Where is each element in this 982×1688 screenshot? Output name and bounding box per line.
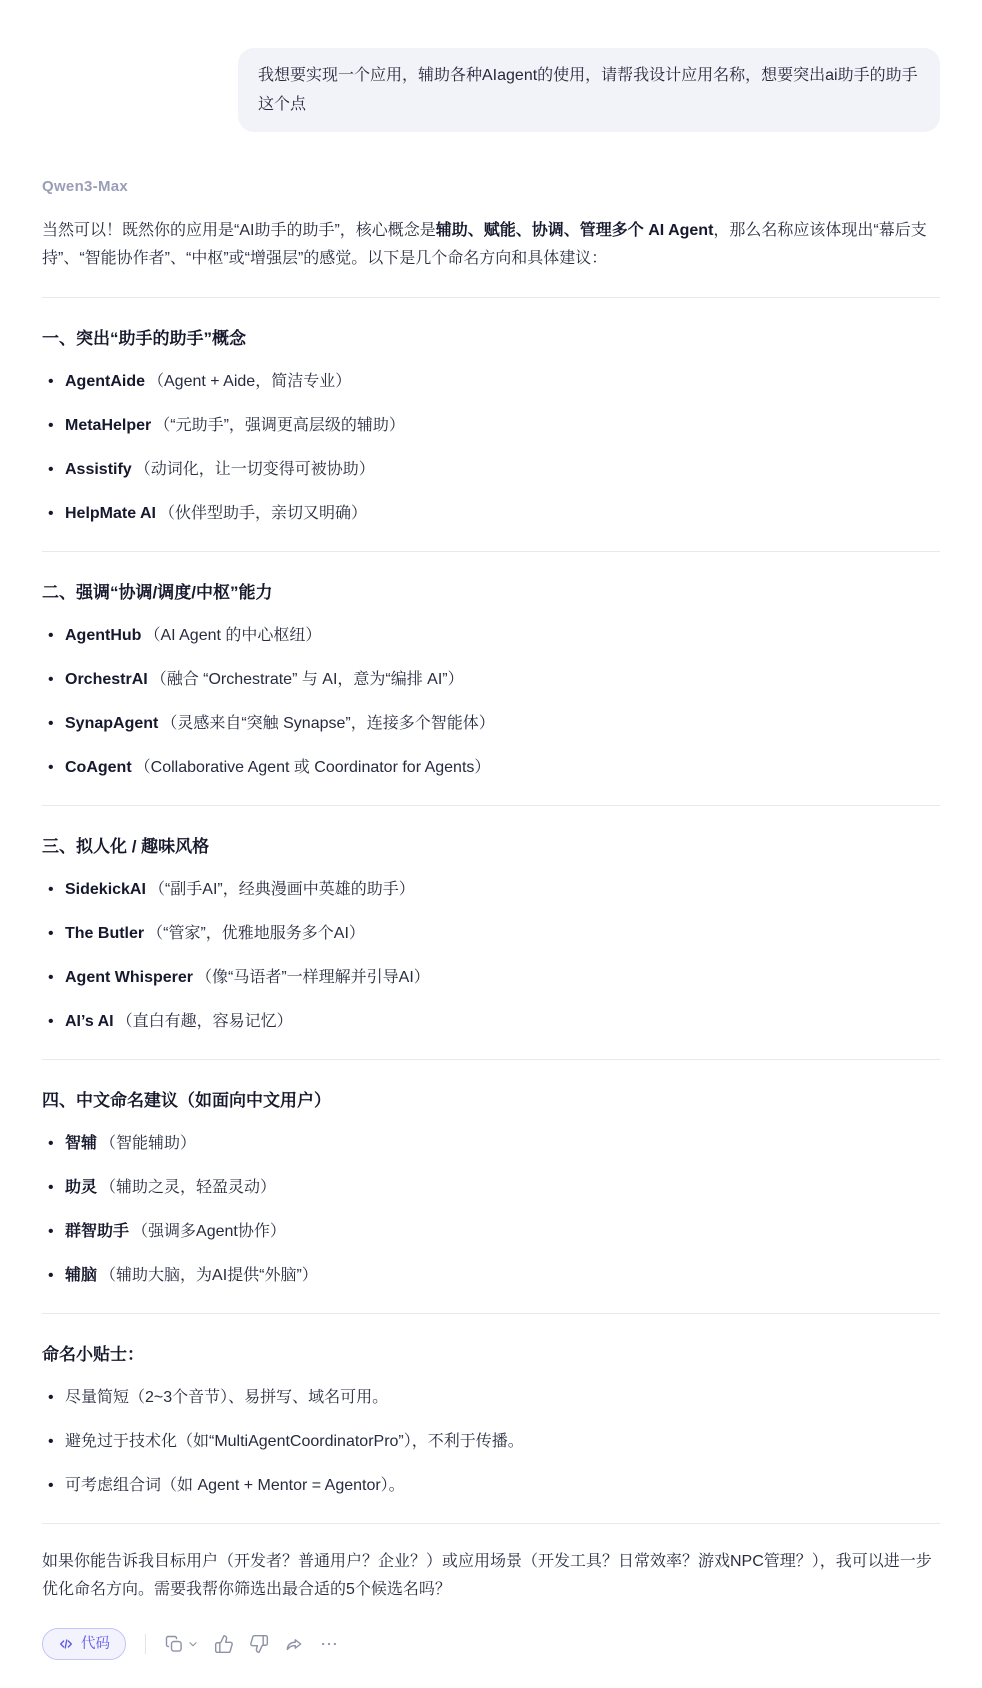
suggestion-desc: （像“马语者”一样理解并引导AI） xyxy=(196,969,430,986)
suggestion-name: MetaHelper xyxy=(65,417,151,434)
suggestion-desc: （“管家”，优雅地服务多个AI） xyxy=(147,925,365,942)
suggestion-desc: （伙伴型助手，亲切又明确） xyxy=(159,505,367,522)
suggestion-name: CoAgent xyxy=(65,759,132,776)
list-item: SidekickAI（“副手AI”，经典漫画中英雄的助手） xyxy=(42,876,940,903)
outro-paragraph: 如果你能告诉我目标用户（开发者？普通用户？企业？）或应用场景（开发工具？日常效率… xyxy=(42,1548,940,1604)
suggestion-name: SidekickAI xyxy=(65,881,146,898)
suggestion-name: AgentAide xyxy=(65,373,145,390)
section-divider xyxy=(42,1059,940,1060)
toolbar-divider xyxy=(145,1634,146,1654)
suggestion-name: 群智助手 xyxy=(65,1223,129,1240)
suggestion-desc: （Collaborative Agent 或 Coordinator for A… xyxy=(135,759,491,776)
code-button-label: 代码 xyxy=(81,1637,110,1652)
suggestion-name: Agent Whisperer xyxy=(65,969,193,986)
section-divider xyxy=(42,1523,940,1524)
thumbs-down-button[interactable] xyxy=(246,1631,272,1657)
section-divider xyxy=(42,1313,940,1314)
thumbs-up-button[interactable] xyxy=(211,1631,237,1657)
list-item: SynapAgent（灵感来自“突触 Synapse”，连接多个智能体） xyxy=(42,710,940,737)
suggestion-name: 助灵 xyxy=(65,1179,97,1196)
suggestion-name: HelpMate AI xyxy=(65,505,156,522)
list-item: AgentAide（Agent + Aide，简洁专业） xyxy=(42,368,940,395)
suggestion-desc: （灵感来自“突触 Synapse”，连接多个智能体） xyxy=(161,715,494,732)
section-heading-3: 三、拟人化 / 趣味风格 xyxy=(42,832,940,857)
intro-paragraph: 当然可以！既然你的应用是“AI助手的助手”，核心概念是辅助、赋能、协调、管理多个… xyxy=(42,217,940,273)
user-message-row: 我想要实现一个应用，辅助各种AIagent的使用，请帮我设计应用名称，想要突出a… xyxy=(42,48,940,132)
tips-heading: 命名小贴士： xyxy=(42,1340,940,1365)
list-item: The Butler（“管家”，优雅地服务多个AI） xyxy=(42,920,940,947)
intro-text-pre: 当然可以！既然你的应用是“AI助手的助手”，核心概念是 xyxy=(42,222,436,239)
chat-page: 我想要实现一个应用，辅助各种AIagent的使用，请帮我设计应用名称，想要突出a… xyxy=(0,0,982,1688)
name-suggestion-list-1: AgentAide（Agent + Aide，简洁专业） MetaHelper（… xyxy=(42,368,940,527)
suggestion-desc: （智能辅助） xyxy=(100,1135,196,1152)
section-heading-1: 一、突出“助手的助手”概念 xyxy=(42,324,940,349)
list-item: Assistify（动词化，让一切变得可被协助） xyxy=(42,456,940,483)
section-heading-4: 四、中文命名建议（如面向中文用户） xyxy=(42,1086,940,1111)
tip-item: 避免过于技术化（如“MultiAgentCoordinatorPro”），不利于… xyxy=(42,1428,940,1455)
thumbs-up-icon xyxy=(214,1634,234,1654)
user-message-bubble: 我想要实现一个应用，辅助各种AIagent的使用，请帮我设计应用名称，想要突出a… xyxy=(238,48,940,132)
section-divider xyxy=(42,297,940,298)
copy-button[interactable] xyxy=(161,1631,202,1657)
suggestion-desc: （AI Agent 的中心枢纽） xyxy=(144,627,321,644)
share-button[interactable] xyxy=(281,1631,307,1657)
code-icon xyxy=(58,1636,74,1652)
more-icon xyxy=(319,1634,339,1654)
list-item: 辅脑（辅助大脑，为AI提供“外脑”） xyxy=(42,1262,940,1289)
thumbs-down-icon xyxy=(249,1634,269,1654)
list-item: AI’s AI（直白有趣，容易记忆） xyxy=(42,1008,940,1035)
section-divider xyxy=(42,805,940,806)
suggestion-desc: （“副手AI”，经典漫画中英雄的助手） xyxy=(149,881,415,898)
suggestion-desc: （直白有趣，容易记忆） xyxy=(117,1013,293,1030)
suggestion-desc: （辅助之灵，轻盈灵动） xyxy=(100,1179,276,1196)
section-heading-2: 二、强调“协调/调度/中枢”能力 xyxy=(42,578,940,603)
suggestion-desc: （Agent + Aide，简洁专业） xyxy=(148,373,351,390)
suggestion-name: AgentHub xyxy=(65,627,141,644)
suggestion-name: OrchestrAI xyxy=(65,671,148,688)
user-message-text: 我想要实现一个应用，辅助各种AIagent的使用，请帮我设计应用名称，想要突出a… xyxy=(258,67,918,113)
message-toolbar: 代码 xyxy=(42,1628,940,1660)
suggestion-desc: （强调多Agent协作） xyxy=(132,1223,286,1240)
model-name-label: Qwen3-Max xyxy=(42,178,940,195)
tip-item: 可考虑组合词（如 Agent + Mentor = Agentor）。 xyxy=(42,1472,940,1499)
suggestion-desc: （辅助大脑，为AI提供“外脑”） xyxy=(100,1267,318,1284)
tips-list: 尽量简短（2~3个音节）、易拼写、域名可用。 避免过于技术化（如“MultiAg… xyxy=(42,1384,940,1499)
list-item: 助灵（辅助之灵，轻盈灵动） xyxy=(42,1174,940,1201)
code-button[interactable]: 代码 xyxy=(42,1628,126,1660)
list-item: CoAgent（Collaborative Agent 或 Coordinato… xyxy=(42,754,940,781)
list-item: AgentHub（AI Agent 的中心枢纽） xyxy=(42,622,940,649)
suggestion-desc: （“元助手”，强调更高层级的辅助） xyxy=(154,417,405,434)
section-divider xyxy=(42,551,940,552)
name-suggestion-list-4: 智辅（智能辅助） 助灵（辅助之灵，轻盈灵动） 群智助手（强调多Agent协作） … xyxy=(42,1130,940,1289)
more-button[interactable] xyxy=(316,1631,342,1657)
list-item: OrchestrAI（融合 “Orchestrate” 与 AI，意为“编排 A… xyxy=(42,666,940,693)
tip-item: 尽量简短（2~3个音节）、易拼写、域名可用。 xyxy=(42,1384,940,1411)
suggestion-name: The Butler xyxy=(65,925,144,942)
suggestion-name: SynapAgent xyxy=(65,715,158,732)
list-item: MetaHelper（“元助手”，强调更高层级的辅助） xyxy=(42,412,940,439)
suggestion-name: Assistify xyxy=(65,461,132,478)
list-item: Agent Whisperer（像“马语者”一样理解并引导AI） xyxy=(42,964,940,991)
name-suggestion-list-3: SidekickAI（“副手AI”，经典漫画中英雄的助手） The Butler… xyxy=(42,876,940,1035)
list-item: HelpMate AI（伙伴型助手，亲切又明确） xyxy=(42,500,940,527)
list-item: 群智助手（强调多Agent协作） xyxy=(42,1218,940,1245)
chevron-down-icon xyxy=(187,1638,199,1650)
suggestion-desc: （融合 “Orchestrate” 与 AI，意为“编排 AI”） xyxy=(151,671,464,688)
name-suggestion-list-2: AgentHub（AI Agent 的中心枢纽） OrchestrAI（融合 “… xyxy=(42,622,940,781)
share-icon xyxy=(284,1634,304,1654)
copy-icon xyxy=(164,1634,184,1654)
intro-text-bold: 辅助、赋能、协调、管理多个 AI Agent xyxy=(436,222,714,239)
suggestion-name: 智辅 xyxy=(65,1135,97,1152)
assistant-message: Qwen3-Max 当然可以！既然你的应用是“AI助手的助手”，核心概念是辅助、… xyxy=(42,178,940,1660)
list-item: 智辅（智能辅助） xyxy=(42,1130,940,1157)
suggestion-name: 辅脑 xyxy=(65,1267,97,1284)
suggestion-name: AI’s AI xyxy=(65,1013,114,1030)
suggestion-desc: （动词化，让一切变得可被协助） xyxy=(135,461,375,478)
